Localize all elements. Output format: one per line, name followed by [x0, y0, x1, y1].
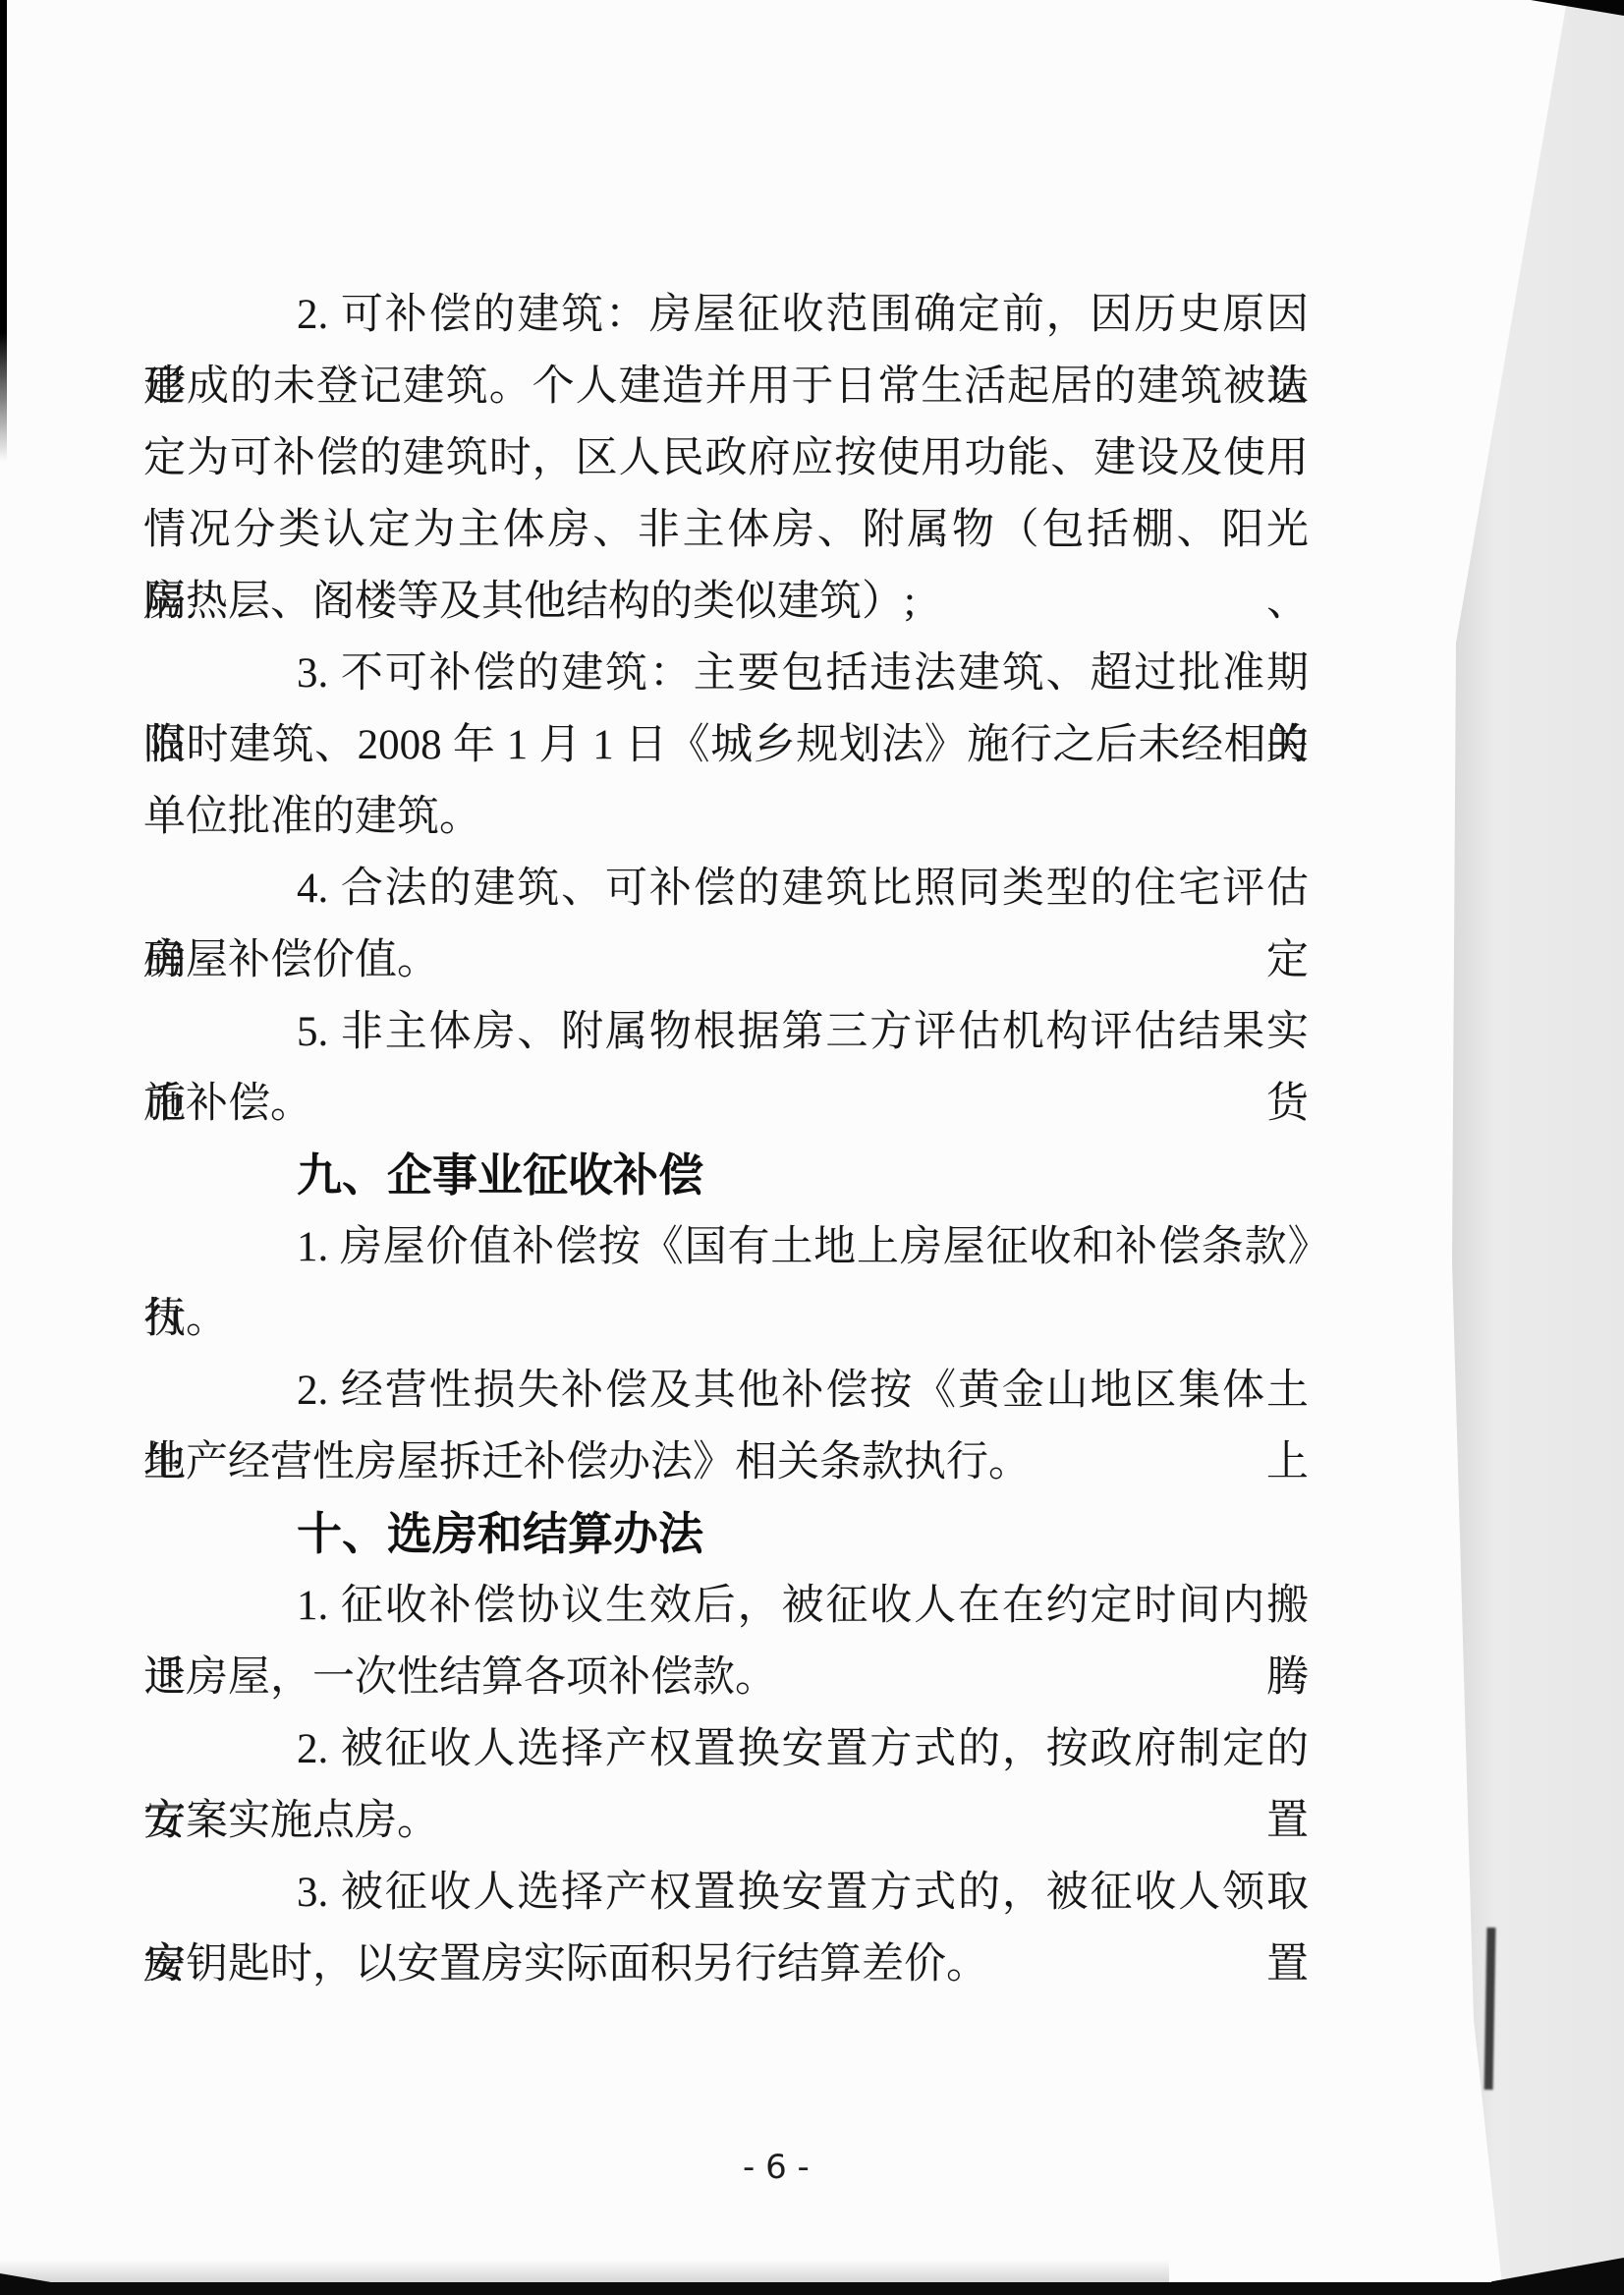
body-line: 1. 房屋价值补偿按《国有土地上房屋征收和补偿条款》执: [143, 1211, 1309, 1283]
body-line: 形成的未登记建筑。个人建造并用于日常生活起居的建筑被认: [143, 351, 1309, 422]
body-line: 5. 非主体房、附属物根据第三方评估机构评估结果实施货: [143, 996, 1309, 1068]
scanned-document-page: 2. 可补偿的建筑：房屋征收范围确定前，因历史原因建造 形成的未登记建筑。个人建…: [0, 0, 1624, 2295]
body-line: 单位批准的建筑。: [143, 781, 1309, 853]
body-line: 4. 合法的建筑、可补偿的建筑比照同类型的住宅评估确定: [143, 853, 1309, 924]
body-line: 行。: [143, 1283, 1309, 1355]
body-line: 3. 被征收人选择产权置换安置方式的，被征收人领取安置: [143, 1857, 1309, 1929]
body-line: 3. 不可补偿的建筑：主要包括违法建筑、超过批准期限的: [143, 638, 1309, 709]
body-line: 情况分类认定为主体房、非主体房、附属物（包括棚、阳光房、: [143, 494, 1309, 566]
section-heading-9: 九、企事业征收补偿: [143, 1140, 1309, 1211]
scan-bottom-band: [0, 2282, 1624, 2295]
document-body: 2. 可补偿的建筑：房屋征收范围确定前，因历史原因建造 形成的未登记建筑。个人建…: [143, 279, 1309, 2000]
body-line: 定为可补偿的建筑时，区人民政府应按使用功能、建设及使用: [143, 422, 1309, 494]
scan-left-edge-line: [0, 0, 7, 462]
body-line: 临时建筑、2008 年 1 月 1 日《城乡规划法》施行之后未经相关: [143, 709, 1309, 781]
body-line: 1. 征收补偿协议生效后，被征收人在在约定时间内搬迁腾: [143, 1570, 1309, 1642]
scan-right-edge-strip: [1452, 0, 1624, 2295]
body-line: 2. 被征收人选择产权置换安置方式的，按政府制定的安置: [143, 1713, 1309, 1785]
section-heading-10: 十、选房和结算办法: [143, 1498, 1309, 1570]
body-line: 2. 可补偿的建筑：房屋征收范围确定前，因历史原因建造: [143, 279, 1309, 351]
scan-bottom-smudge: [0, 2260, 1169, 2283]
body-line: 2. 经营性损失补偿及其他补偿按《黄金山地区集体土地上: [143, 1355, 1309, 1427]
page-number: - 6 -: [743, 2148, 810, 2187]
